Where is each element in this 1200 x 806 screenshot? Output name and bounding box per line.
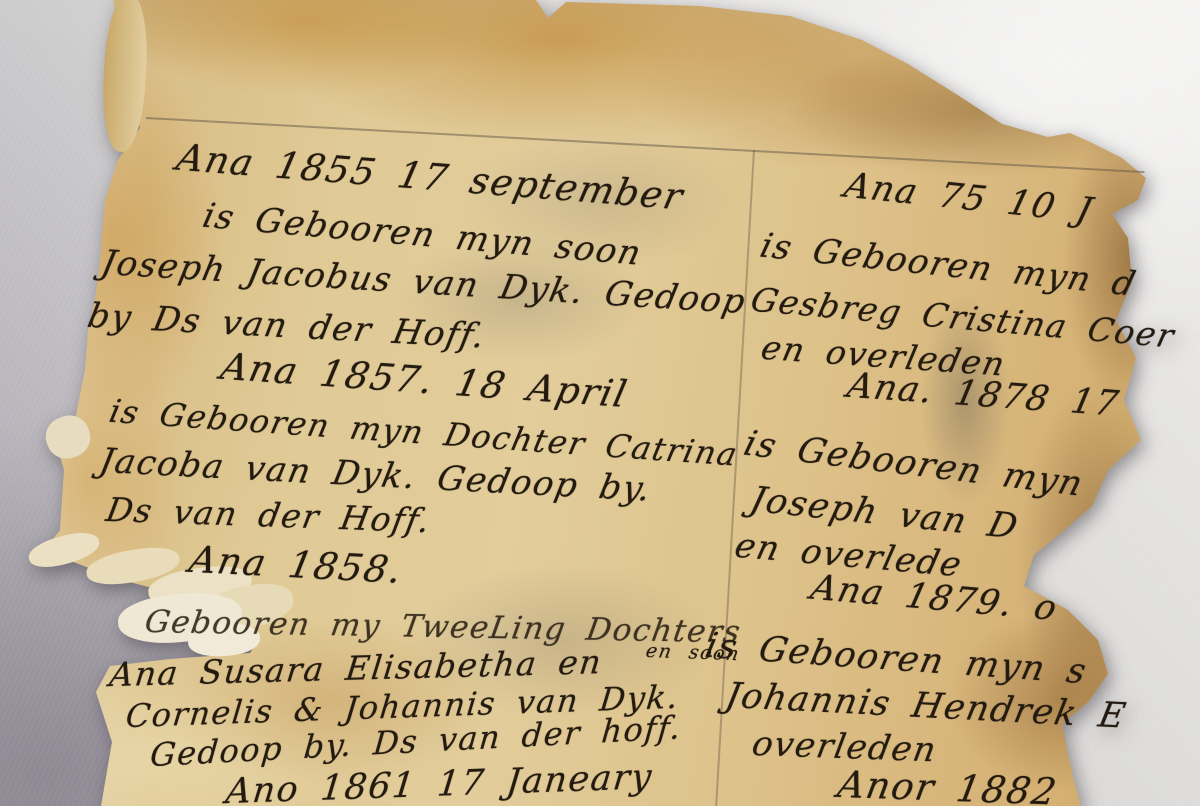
photo-of-document: Ana 1855 17 september is Gebooren myn so…	[0, 0, 1200, 806]
torn-manuscript-page: Ana 1855 17 september is Gebooren myn so…	[0, 0, 1200, 806]
handwritten-line: Anor 1882	[834, 763, 1060, 806]
